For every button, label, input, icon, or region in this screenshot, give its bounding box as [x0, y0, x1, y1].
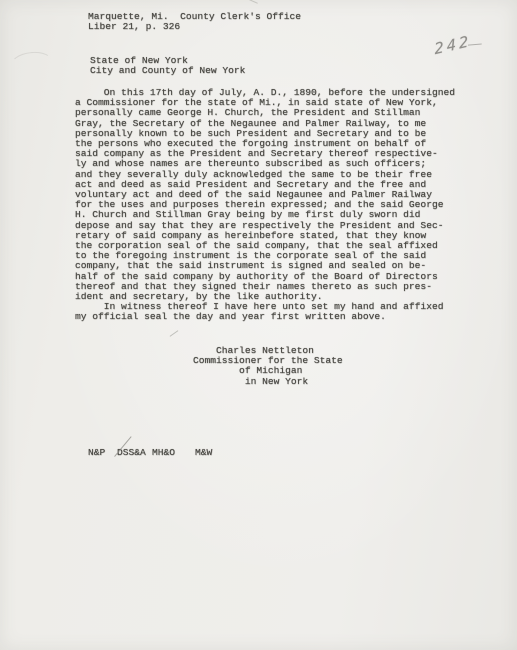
- railroad-initials-footer: N&P DSS&A MH&O M&W: [88, 448, 111, 509]
- county-clerk-header: Marquette, Mi. County Clerk's Office Lib…: [88, 12, 301, 32]
- stamp-np: N&P: [88, 448, 105, 458]
- acknowledgment-paragraph: On this 17th day of July, A. D., 1890, b…: [75, 88, 455, 323]
- handwritten-page-number: 242: [434, 32, 472, 59]
- scan-edge-smudge: [9, 50, 55, 80]
- scan-top-smudge: [249, 0, 258, 4]
- stamp-mw: M&W: [195, 448, 212, 458]
- pencil-tick-mark: [170, 330, 179, 337]
- notary-signature-block: Charles Nettleton Commissioner for the S…: [193, 346, 343, 387]
- venue-block: State of New York City and County of New…: [90, 56, 245, 76]
- document-page: Marquette, Mi. County Clerk's Office Lib…: [0, 0, 517, 650]
- stamp-mho: MH&O: [152, 448, 175, 458]
